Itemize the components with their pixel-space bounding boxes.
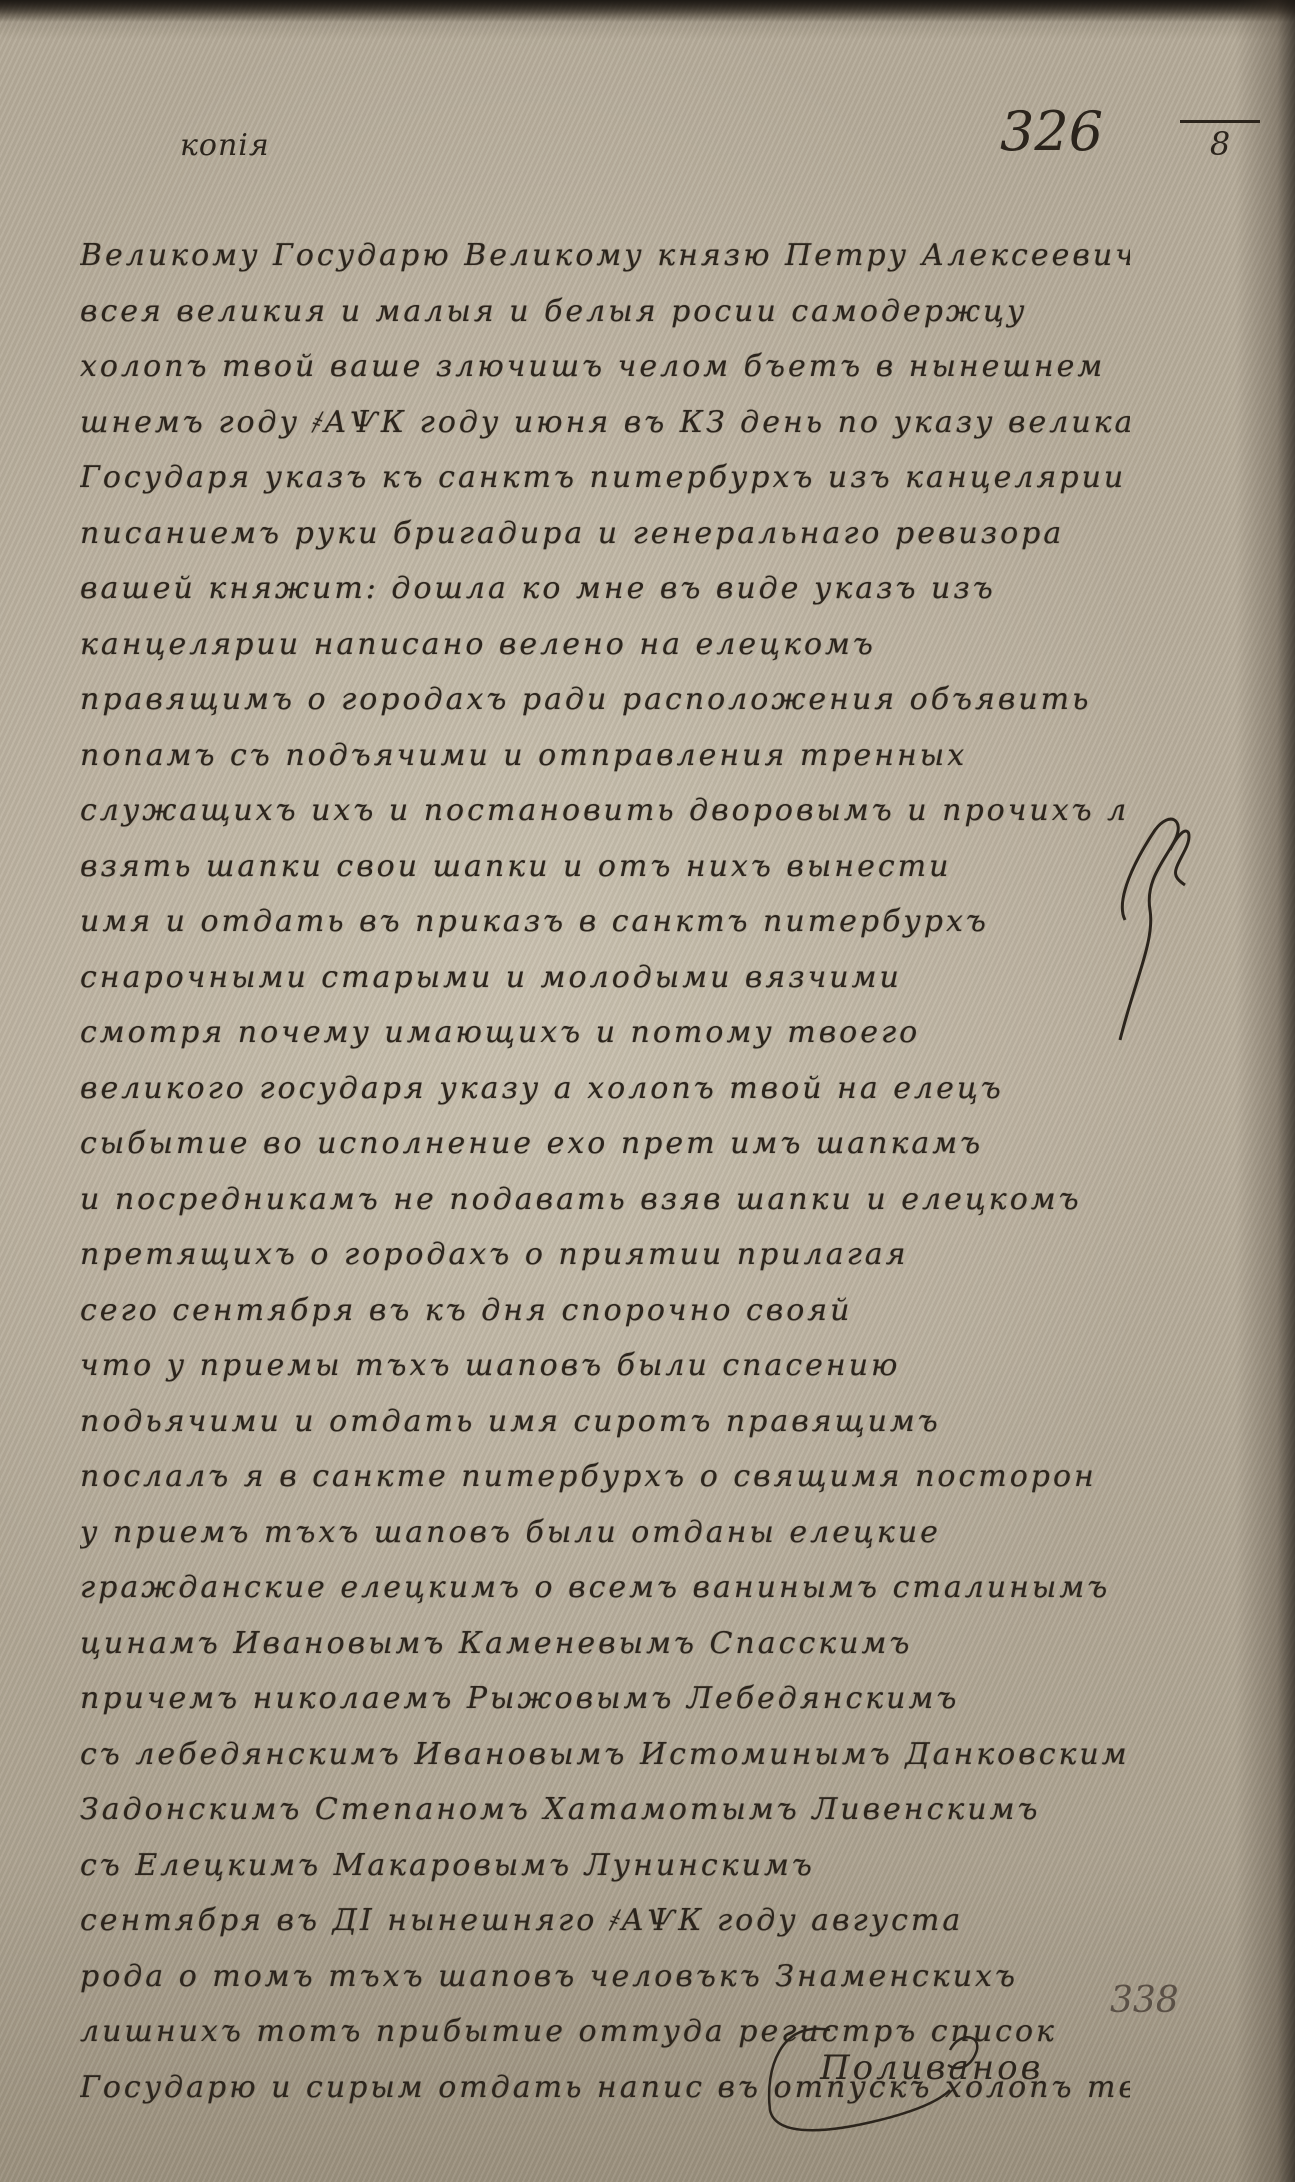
manuscript-line: сентября въ ДІ нынешняго ҂АѰК году авгус…: [80, 1893, 1130, 1949]
manuscript-line: холопъ твой ваше злючишъ челом бъетъ в н…: [80, 339, 1130, 395]
manuscript-line: Великому Государю Великому князю Петру А…: [80, 228, 1130, 284]
manuscript-line: великого государя указу а холопъ твой на…: [80, 1061, 1130, 1117]
manuscript-line: взять шапки свои шапки и отъ нихъ вынест…: [80, 839, 1130, 895]
manuscript-line: вашей княжит: дошла ко мне въ виде указъ…: [80, 561, 1130, 617]
manuscript-line: съ лебедянскимъ Ивановымъ Истоминымъ Дан…: [80, 1727, 1130, 1783]
manuscript-line: служащихъ ихъ и постановить дворовымъ и …: [80, 783, 1130, 839]
manuscript-line: претящихъ о городахъ о приятии прилагая: [80, 1227, 1130, 1283]
manuscript-line: смотря почему имающихъ и потому твоего: [80, 1005, 1130, 1061]
manuscript-line: что у приемы тъхъ шаповъ были спасению: [80, 1338, 1130, 1394]
lower-margin-number: 338: [1110, 1980, 1179, 2021]
page-number: 326: [1000, 100, 1103, 163]
manuscript-line: съ Елецкимъ Макаровымъ Лунинскимъ: [80, 1838, 1130, 1894]
top-edge-shadow: [0, 0, 1295, 22]
manuscript-line: попамъ съ подъячими и отправления тренны…: [80, 728, 1130, 784]
manuscript-line: и посредникамъ не подавать взяв шапки и …: [80, 1172, 1130, 1228]
manuscript-line: Задонскимъ Степаномъ Хатамотымъ Ливенски…: [80, 1782, 1130, 1838]
manuscript-line: имя и отдать въ приказъ в санктъ питербу…: [80, 894, 1130, 950]
manuscript-line: у приемъ тъхъ шаповъ были отданы елецкие: [80, 1505, 1130, 1561]
manuscript-body: Великому Государю Великому князю Петру А…: [80, 228, 1130, 2115]
right-edge-shadow: [1235, 0, 1295, 2182]
manuscript-line: гражданские елецкимъ о всемъ ванинымъ ст…: [80, 1560, 1130, 1616]
manuscript-line: подьячими и отдать имя сиротъ правящимъ: [80, 1394, 1130, 1450]
manuscript-line: причемъ николаемъ Рыжовымъ Лебедянскимъ: [80, 1671, 1130, 1727]
manuscript-line: всея великия и малыя и белыя росии самод…: [80, 284, 1130, 340]
manuscript-line: правящимъ о городахъ ради расположения о…: [80, 672, 1130, 728]
folio-mark: 8: [1180, 120, 1260, 163]
manuscript-line: канцелярии написано велено на елецкомъ: [80, 617, 1130, 673]
manuscript-line: Государя указъ къ санктъ питербурхъ изъ …: [80, 450, 1130, 506]
manuscript-line: писаниемъ руки бригадира и генеральнаго …: [80, 506, 1130, 562]
manuscript-line: послалъ я в санкте питербурхъ о свящимя …: [80, 1449, 1130, 1505]
document-page: копія 326 8 Великому Государю Великому к…: [0, 0, 1295, 2182]
manuscript-line: снарочными старыми и молодыми вязчими: [80, 950, 1130, 1006]
signature-name: Поливанов: [820, 2048, 1043, 2088]
manuscript-line: рода о томъ тъхъ шаповъ человъкъ Знаменс…: [80, 1949, 1130, 2005]
manuscript-line: сего сентября въ къ дня спорочно свояй: [80, 1283, 1130, 1339]
manuscript-line: сыбытие во исполнение ехо прет имъ шапка…: [80, 1116, 1130, 1172]
signature: Поливанов: [760, 2010, 1000, 2140]
marginal-flourish-mark: [1115, 800, 1195, 1050]
manuscript-line: цинамъ Ивановымъ Каменевымъ Спасскимъ: [80, 1616, 1130, 1672]
manuscript-line: шнемъ году ҂АѰК году июня въ КЗ день по …: [80, 395, 1130, 451]
document-header-title: копія: [180, 128, 270, 163]
